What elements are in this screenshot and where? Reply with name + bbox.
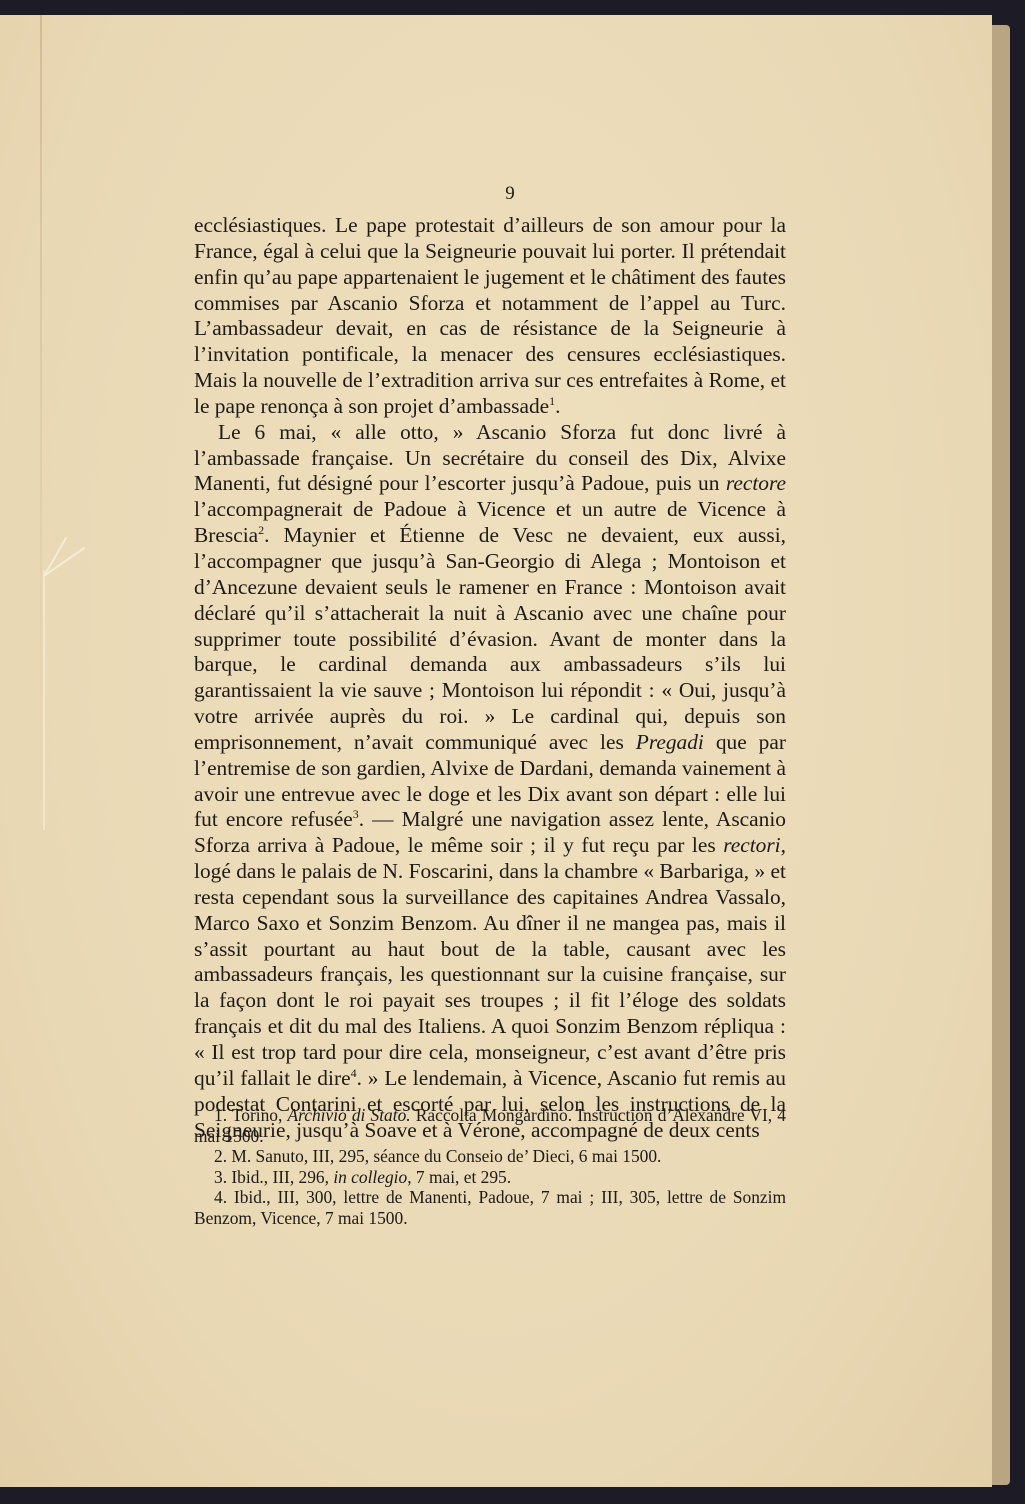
- footnote: 1. Torino, Archivio di Stato. Raccolta M…: [194, 1105, 786, 1146]
- footnote-reference: 2: [258, 523, 264, 537]
- italic-term: rectori: [723, 833, 780, 857]
- italic-term: Pregadi: [636, 730, 704, 754]
- page-number: 9: [194, 180, 786, 208]
- footnote: 4. Ibid., III, 300, lettre de Manenti, P…: [194, 1187, 786, 1228]
- footnote-reference: 4: [351, 1066, 357, 1080]
- main-text: 9 ecclésiastiques. Le pape protestait d’…: [194, 180, 786, 1143]
- paragraph: ecclésiastiques. Le pape protestait d’ai…: [194, 213, 786, 420]
- binding-thread: [43, 570, 45, 830]
- italic-term: in collegio: [333, 1167, 407, 1187]
- binding-thread-end: [43, 537, 67, 577]
- footnote: 2. M. Sanuto, III, 295, séance du Consei…: [194, 1146, 786, 1167]
- footnote-reference: 3: [353, 807, 359, 821]
- footnote-reference: 1: [549, 394, 555, 408]
- footnotes: 1. Torino, Archivio di Stato. Raccolta M…: [194, 1105, 786, 1229]
- body-paragraphs: ecclésiastiques. Le pape protestait d’ai…: [194, 213, 786, 1143]
- paragraph: Le 6 mai, « alle otto, » Ascanio Sforza …: [194, 420, 786, 1144]
- italic-term: rectore: [726, 471, 786, 495]
- italic-term: Archivio di Stato.: [287, 1105, 410, 1125]
- footnote: 3. Ibid., III, 296, in collegio, 7 mai, …: [194, 1167, 786, 1188]
- page-crease: [40, 15, 42, 835]
